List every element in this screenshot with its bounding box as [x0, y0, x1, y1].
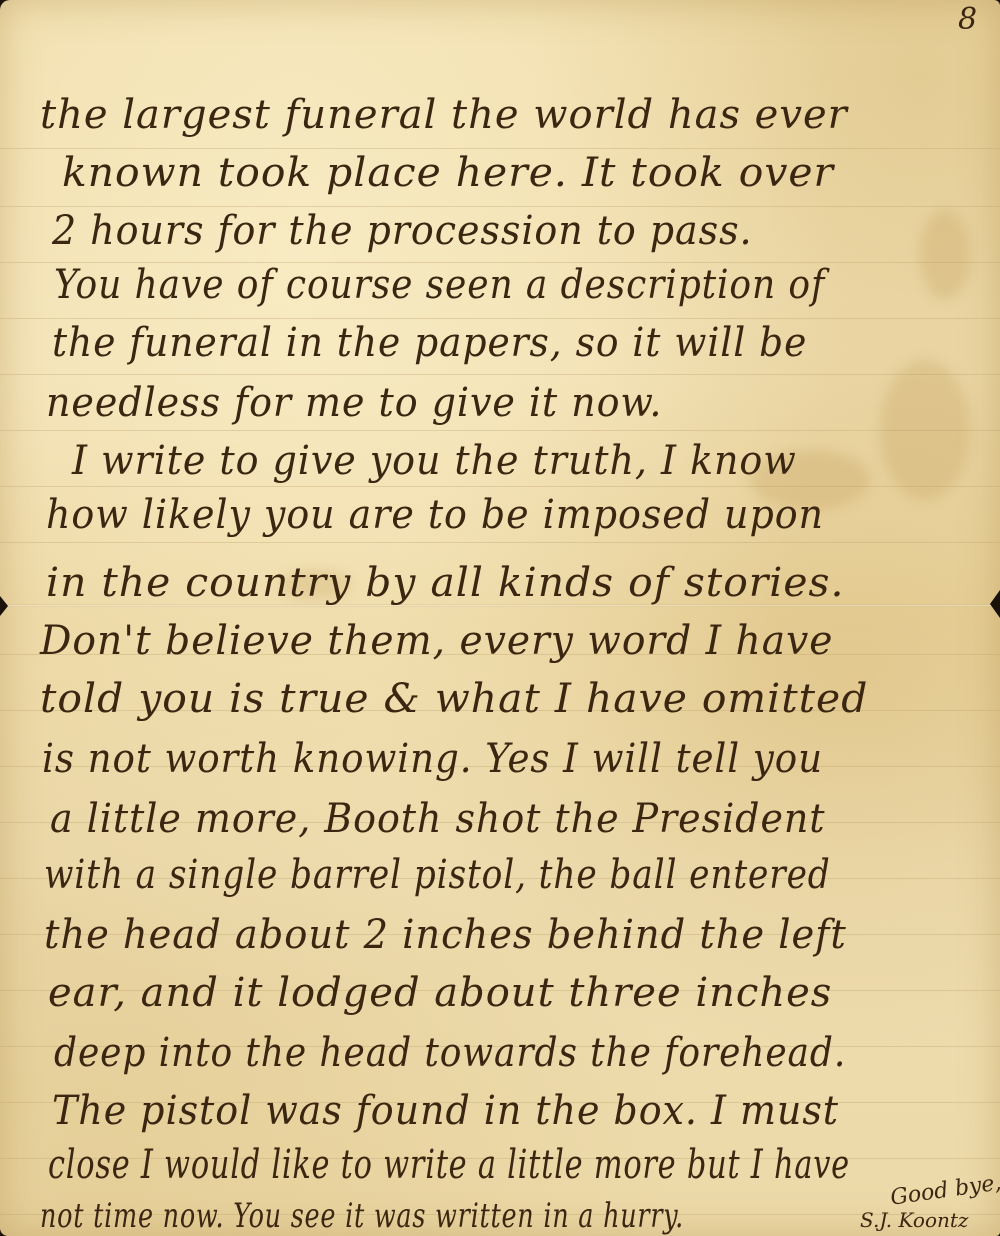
paper-stain [880, 360, 970, 500]
letter-line: how likely you are to be imposed upon [46, 492, 824, 538]
ruled-line [0, 318, 1000, 319]
letter-line: is not worth knowing. Yes I will tell yo… [42, 736, 823, 782]
letter-line: Don't believe them, every word I have [40, 618, 833, 664]
page-number: 8 [958, 2, 977, 37]
ruled-line [0, 206, 1000, 207]
paper-tear [0, 596, 8, 616]
letter-line: deep into the head towards the forehead. [54, 1030, 846, 1076]
letter-line: ear, and it lodged about three inches [48, 970, 832, 1016]
letter-line: a little more, Booth shot the President [50, 796, 826, 842]
paper-tear [990, 590, 1000, 618]
letter-line: the largest funeral the world has ever [40, 92, 848, 138]
signature: S.J. Koontz [860, 1208, 968, 1232]
letter-line: the funeral in the papers, so it will be [52, 320, 807, 366]
paper-stain [920, 210, 970, 300]
letter-line: in the country by all kinds of stories. [46, 560, 844, 606]
letter-line: not time now. You see it was written in … [40, 1196, 684, 1236]
letter-page: 8 the largest funeral the world has ever… [0, 0, 1000, 1236]
letter-line: with a single barrel pistol, the ball en… [44, 852, 831, 898]
letter-line: known took place here. It took over [62, 150, 834, 196]
letter-line: I write to give you the truth, I know [72, 438, 797, 484]
letter-line: told you is true & what I have omitted [40, 676, 868, 722]
ruled-line [0, 148, 1000, 149]
letter-line: the head about 2 inches behind the left [44, 912, 847, 958]
signoff: Good bye, [889, 1170, 1000, 1210]
ruled-line [0, 542, 1000, 543]
letter-line: needless for me to give it now. [46, 380, 662, 426]
letter-line: The pistol was found in the box. I must [52, 1088, 839, 1134]
ruled-line [0, 430, 1000, 431]
letter-line: 2 hours for the procession to pass. [52, 208, 753, 254]
letter-line: close I would like to write a little mor… [48, 1142, 850, 1188]
ruled-line [0, 374, 1000, 375]
letter-line: You have of course seen a description of [54, 262, 825, 308]
